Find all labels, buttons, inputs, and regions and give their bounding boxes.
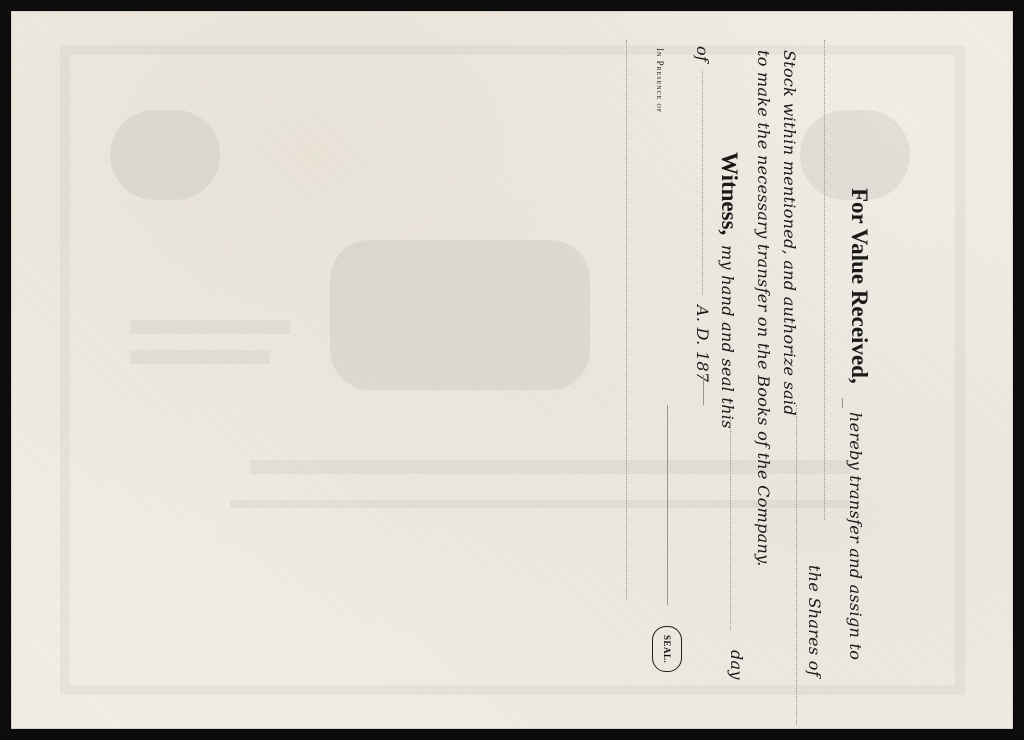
ghost-band <box>130 320 290 334</box>
witness-heading: Witness, <box>716 152 742 235</box>
text-transfer: hereby transfer and assign to <box>846 412 865 660</box>
signature-line <box>667 405 668 605</box>
attorney-line <box>796 405 797 725</box>
text-year: A. D. 187 <box>693 305 712 382</box>
heading: For Value Received, <box>846 188 872 384</box>
text-books: to make the necessary transfer on the Bo… <box>754 50 773 567</box>
text-of: of <box>693 46 712 62</box>
month-line <box>702 70 703 295</box>
text-witness: my hand and seal this <box>718 245 737 429</box>
text-shares: the Shares of <box>805 565 824 677</box>
name-line <box>824 40 825 520</box>
ghost-medallion-right <box>800 110 910 200</box>
ghost-medallion-left <box>110 110 220 200</box>
text-stock: Stock within mentioned, and authorize sa… <box>780 50 799 416</box>
day-line <box>730 420 731 630</box>
rule <box>842 398 843 408</box>
presence-line <box>626 40 627 600</box>
ghost-band <box>130 350 270 364</box>
year-line <box>703 375 704 405</box>
text-day: day <box>727 650 746 680</box>
presence-label: In Presence of <box>655 48 665 113</box>
seal-label: SEAL. <box>662 635 672 663</box>
seal-icon: SEAL. <box>652 626 682 672</box>
ghost-vignette <box>330 240 590 390</box>
